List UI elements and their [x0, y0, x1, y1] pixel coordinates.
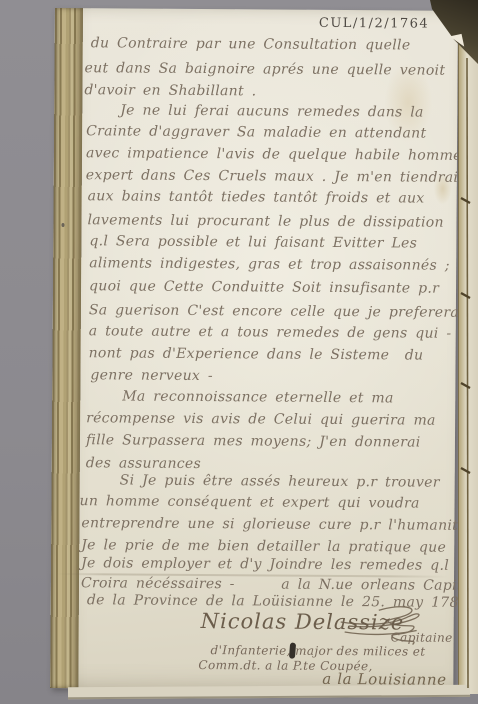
binding-thread	[0, 0, 478, 704]
photo-background: CUL/1/2/1764 2:5 du Contraire par une Co…	[0, 0, 478, 704]
